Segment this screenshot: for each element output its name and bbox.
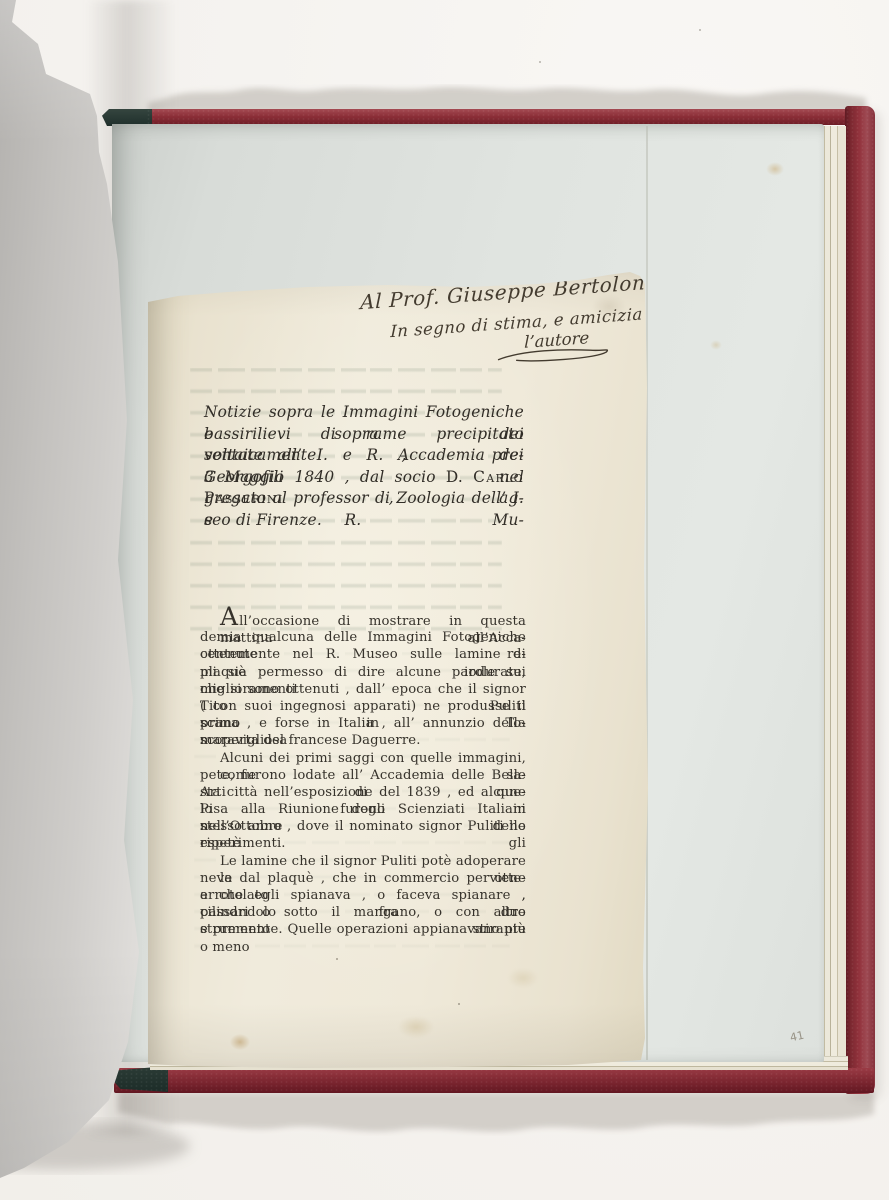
underlying-leaf-edge [646,126,648,1060]
book-photograph: 41 Al Prof. Giuseppe Bertoloni In segno … [0,0,889,1200]
title-line: Notizie sopra le Immagini Fotogeniche e … [204,402,524,424]
pamphlet-body-text: All’occasione di mostrare in questa matt… [200,612,526,939]
leather-grain-texture [845,106,875,1094]
body-line: Le lamine che il signor Puliti potè adop… [200,853,526,870]
fox-stain [710,340,722,350]
author-initial: D. [446,468,473,486]
body-line: Alcuni dei primi saggi con quelle immagi… [200,750,526,767]
fox-stain [508,968,538,988]
red-leather-cover-top-edge [146,109,868,125]
body-line: pete, furono lodate all’ Accademia delle… [200,767,526,784]
body-line: stesso anno , dove il nominato signor Pu… [200,818,526,835]
body-line: cilindri o sotto il mangano, o con altro… [200,904,526,921]
fox-stain [592,294,626,320]
title-line: 3 Maggio 1840 , dal socio D. Carlo Passe… [204,467,524,489]
open-book: 41 Al Prof. Giuseppe Bertoloni In segno … [0,0,889,1200]
fox-stain [398,1016,434,1038]
body-line: neva dal plaquè , che in commercio pervi… [200,870,526,887]
title-line: sentate all’ I. e R. Accademia dei Georg… [204,445,524,467]
red-leather-cover-right-edge [845,106,875,1094]
body-line: scana , e forse in Italia , all’ annunzi… [200,715,526,732]
title-line: gregato al professor di Zoologia dell’ I… [204,488,524,510]
body-line: scoperta del francese Daguerre. [200,732,526,749]
ink-speck [336,958,338,960]
ink-speck [458,1003,460,1005]
leather-grain-texture [114,1068,874,1093]
body-line: e che egli spianava , o faceva spianare … [200,887,526,904]
body-line: ( con suoi ingegnosi apparati) ne produs… [200,698,526,715]
body-line: mi sia permesso di dire alcune parole su… [200,664,526,681]
body-line: centemente nel R. Museo sulle lamine di … [200,646,526,663]
leather-grain-texture [146,109,868,125]
body-line: demia qualcuna delle Immagini Fotogenich… [200,629,526,646]
body-line: Pisa alla Riunione degli Scienziati Ital… [200,801,526,818]
red-leather-cover-bottom-edge [114,1068,874,1093]
pamphlet-leaf: Al Prof. Giuseppe Bertoloni In segno di … [148,268,648,1068]
title-line: bassirilievi di rame precipitato voltaic… [204,424,524,446]
body-line: e premente. Quelle operazioni appianavan… [200,921,526,938]
fox-stain [230,1034,250,1050]
pencil-folio-number: 41 [789,1029,805,1045]
pamphlet-title: Notizie sopra le Immagini Fotogeniche e … [204,402,524,532]
body-line: sta città nell’esposizione del 1839 , ed… [200,784,526,801]
body-line: che si sono ottenuti , dall’ epoca che i… [200,681,526,698]
body-line: All’occasione di mostrare in questa matt… [200,612,526,629]
fox-stain [766,162,784,176]
initial-capital: A [220,602,239,631]
